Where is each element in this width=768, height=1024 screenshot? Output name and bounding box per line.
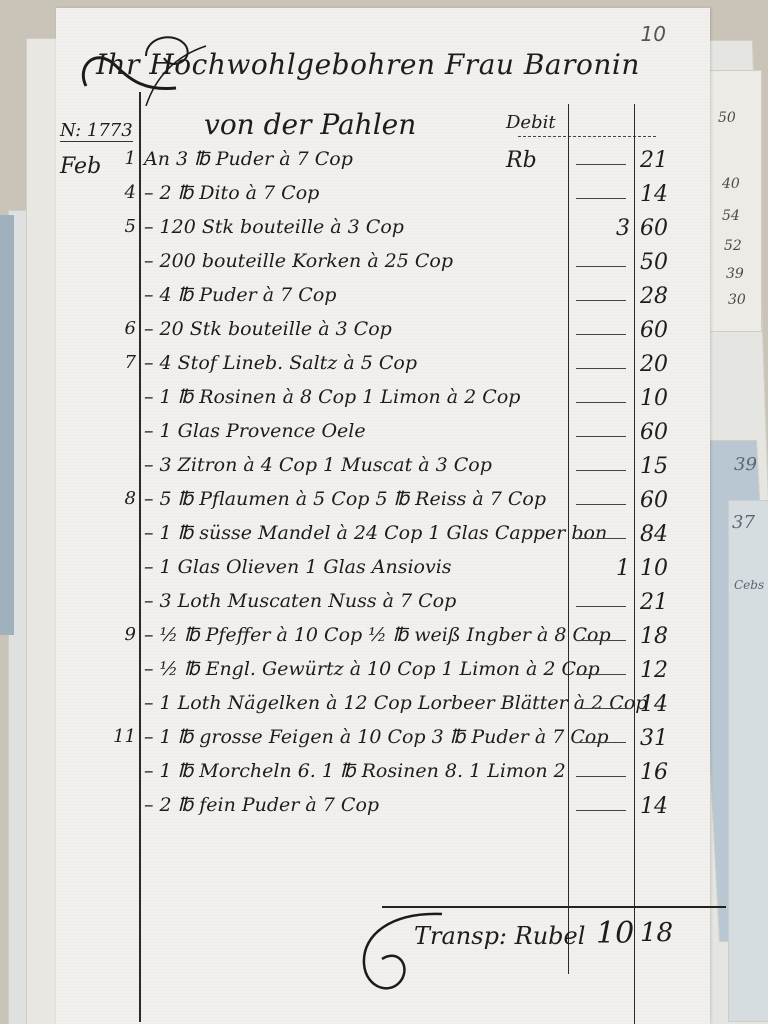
entry-description: – 3 Zitron à 4 Cop 1 Muscat à 3 Cop bbox=[144, 454, 492, 476]
background-number: 39 bbox=[734, 454, 757, 475]
entry-description: – 120 Stk bouteille à 3 Cop bbox=[144, 216, 404, 238]
entry-description: – 1 ℔ Morcheln 6. 1 ℔ Rosinen 8. 1 Limon… bbox=[144, 760, 566, 782]
entry-rubel: 3 bbox=[596, 216, 630, 241]
ledger-row: – 1 ℔ süsse Mandel à 24 Cop 1 Glas Cappe… bbox=[56, 522, 710, 554]
entry-kopeken: 31 bbox=[640, 726, 680, 751]
entry-kopeken: 21 bbox=[640, 148, 680, 173]
entry-kopeken: 10 bbox=[640, 386, 680, 411]
entry-kopeken: 16 bbox=[640, 760, 680, 785]
page-number: 10 bbox=[641, 22, 666, 46]
entry-kopeken: 14 bbox=[640, 692, 680, 717]
entry-day: 11 bbox=[106, 726, 136, 747]
salutation: Ihr Hochwohlgebohren Frau Baronin bbox=[96, 48, 640, 81]
entry-description: – 5 ℔ Pflaumen à 5 Cop 5 ℔ Reiss à 7 Cop bbox=[144, 488, 546, 510]
entry-dash bbox=[576, 300, 626, 301]
entry-description: – 1 Glas Provence Oele bbox=[144, 420, 366, 442]
entry-description: – 200 bouteille Korken à 25 Cop bbox=[144, 250, 453, 272]
entry-dash bbox=[576, 504, 626, 505]
entry-dash bbox=[576, 742, 626, 743]
entry-dash bbox=[576, 708, 626, 709]
total-flourish-icon bbox=[352, 904, 452, 1014]
ledger-row: 6– 20 Stk bouteille à 3 Cop60 bbox=[56, 318, 710, 350]
entry-kopeken: 60 bbox=[640, 488, 680, 513]
header-underline bbox=[518, 136, 656, 137]
entry-description: An 3 ℔ Puder à 7 Cop bbox=[144, 148, 353, 170]
ledger-row: 7– 4 Stof Lineb. Saltz à 5 Cop20 bbox=[56, 352, 710, 384]
entry-dash bbox=[576, 640, 626, 641]
entry-kopeken: 60 bbox=[640, 420, 680, 445]
ledger-row: 1An 3 ℔ Puder à 7 Cop21 bbox=[56, 148, 710, 180]
entry-kopeken: 60 bbox=[640, 216, 680, 241]
entry-kopeken: 60 bbox=[640, 318, 680, 343]
entry-kopeken: 14 bbox=[640, 794, 680, 819]
ledger-row: 5– 120 Stk bouteille à 3 Cop360 bbox=[56, 216, 710, 248]
entry-description: – 4 ℔ Puder à 7 Cop bbox=[144, 284, 336, 306]
entry-kopeken: 15 bbox=[640, 454, 680, 479]
entry-day: 4 bbox=[106, 182, 136, 203]
entry-kopeken: 50 bbox=[640, 250, 680, 275]
background-number: 30 bbox=[728, 292, 746, 308]
addressee: von der Pahlen bbox=[204, 108, 416, 141]
background-number: 39 bbox=[726, 266, 744, 282]
ledger-row: – 3 Loth Muscaten Nuss à 7 Cop21 bbox=[56, 590, 710, 622]
entry-description: – 1 ℔ grosse Feigen à 10 Cop 3 ℔ Puder à… bbox=[144, 726, 609, 748]
ledger-row: 9– ½ ℔ Pfeffer à 10 Cop ½ ℔ weiß Ingber … bbox=[56, 624, 710, 656]
entry-day: 7 bbox=[106, 352, 136, 373]
ledger-row: 4– 2 ℔ Dito à 7 Cop14 bbox=[56, 182, 710, 214]
entry-description: – 1 Loth Nägelken à 12 Cop Lorbeer Blätt… bbox=[144, 692, 647, 714]
entry-dash bbox=[576, 470, 626, 471]
entry-kopeken: 12 bbox=[640, 658, 680, 683]
ledger-row: – 3 Zitron à 4 Cop 1 Muscat à 3 Cop15 bbox=[56, 454, 710, 486]
ledger-row: – ½ ℔ Engl. Gewürtz à 10 Cop 1 Limon à 2… bbox=[56, 658, 710, 690]
ledger-row: – 1 Glas Provence Oele60 bbox=[56, 420, 710, 452]
ledger-row: – 4 ℔ Puder à 7 Cop28 bbox=[56, 284, 710, 316]
entry-dash bbox=[576, 436, 626, 437]
entry-dash bbox=[576, 334, 626, 335]
background-number: 37 bbox=[732, 512, 755, 533]
entry-description: – ½ ℔ Engl. Gewürtz à 10 Cop 1 Limon à 2… bbox=[144, 658, 600, 680]
background-number: 54 bbox=[722, 208, 740, 224]
entry-dash bbox=[576, 368, 626, 369]
entry-description: – 1 ℔ Rosinen à 8 Cop 1 Limon à 2 Cop bbox=[144, 386, 520, 408]
entry-description: – 2 ℔ fein Puder à 7 Cop bbox=[144, 794, 379, 816]
entry-description: – 2 ℔ Dito à 7 Cop bbox=[144, 182, 319, 204]
entry-kopeken: 18 bbox=[640, 624, 680, 649]
entry-dash bbox=[576, 402, 626, 403]
total-kopeken: 18 bbox=[640, 918, 673, 948]
ledger-row: 11– 1 ℔ grosse Feigen à 10 Cop 3 ℔ Puder… bbox=[56, 726, 710, 758]
entry-kopeken: 20 bbox=[640, 352, 680, 377]
entry-dash bbox=[576, 266, 626, 267]
entry-description: – 3 Loth Muscaten Nuss à 7 Cop bbox=[144, 590, 456, 612]
entry-rubel: 1 bbox=[596, 556, 630, 581]
column-header-debit: Debit bbox=[506, 112, 556, 133]
background-sheet-blue-left bbox=[0, 215, 14, 635]
entry-description: – 1 ℔ süsse Mandel à 24 Cop 1 Glas Cappe… bbox=[144, 522, 607, 544]
entry-day: 9 bbox=[106, 624, 136, 645]
entry-day: 1 bbox=[106, 148, 136, 169]
entry-day: 5 bbox=[106, 216, 136, 237]
entry-dash bbox=[576, 606, 626, 607]
ledger-row: – 1 Glas Olieven 1 Glas Ansiovis110 bbox=[56, 556, 710, 588]
ledger-row: – 1 Loth Nägelken à 12 Cop Lorbeer Blätt… bbox=[56, 692, 710, 724]
entry-kopeken: 21 bbox=[640, 590, 680, 615]
entry-dash bbox=[576, 674, 626, 675]
ledger-row: – 1 ℔ Rosinen à 8 Cop 1 Limon à 2 Cop10 bbox=[56, 386, 710, 418]
ledger-row: – 1 ℔ Morcheln 6. 1 ℔ Rosinen 8. 1 Limon… bbox=[56, 760, 710, 792]
ledger-page: 10 Ihr Hochwohlgebohren Frau Baronin N: … bbox=[56, 8, 710, 1024]
entry-description: – 4 Stof Lineb. Saltz à 5 Cop bbox=[144, 352, 417, 374]
entry-dash bbox=[576, 198, 626, 199]
background-number: 50 bbox=[718, 110, 736, 126]
entry-description: – 1 Glas Olieven 1 Glas Ansiovis bbox=[144, 556, 452, 578]
entry-dash bbox=[576, 538, 626, 539]
entry-day: 6 bbox=[106, 318, 136, 339]
entry-kopeken: 28 bbox=[640, 284, 680, 309]
ledger-row: – 2 ℔ fein Puder à 7 Cop14 bbox=[56, 794, 710, 826]
background-number: 40 bbox=[722, 176, 740, 192]
entry-description: – 20 Stk bouteille à 3 Cop bbox=[144, 318, 392, 340]
entry-dash bbox=[576, 164, 626, 165]
entry-dash bbox=[576, 776, 626, 777]
entry-kopeken: 14 bbox=[640, 182, 680, 207]
ledger-row: 8– 5 ℔ Pflaumen à 5 Cop 5 ℔ Reiss à 7 Co… bbox=[56, 488, 710, 520]
background-note: Cebs bbox=[734, 578, 764, 592]
total-rubel: 10 bbox=[596, 916, 630, 951]
background-number: 52 bbox=[724, 238, 742, 254]
reference-number: N: 1773 bbox=[60, 120, 133, 142]
ledger-row: – 200 bouteille Korken à 25 Cop50 bbox=[56, 250, 710, 282]
entry-dash bbox=[576, 810, 626, 811]
entry-description: – ½ ℔ Pfeffer à 10 Cop ½ ℔ weiß Ingber à… bbox=[144, 624, 611, 646]
entry-kopeken: 10 bbox=[640, 556, 680, 581]
entry-day: 8 bbox=[106, 488, 136, 509]
entry-kopeken: 84 bbox=[640, 522, 680, 547]
total-label: Transp: Rubel bbox=[414, 922, 585, 950]
